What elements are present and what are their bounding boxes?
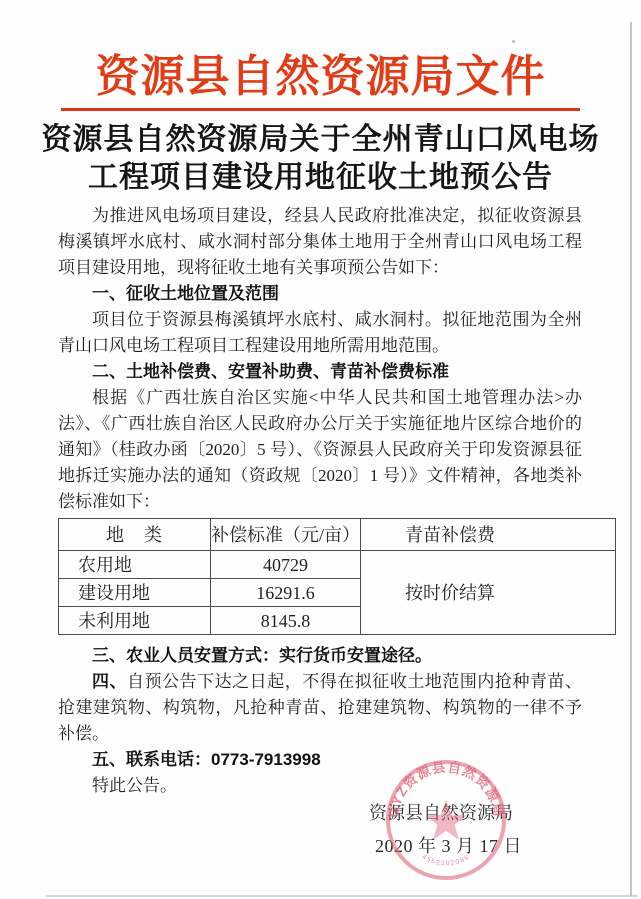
section5-heading: 五、联系电话：0773-7913998 bbox=[58, 747, 582, 773]
section3-heading: 三、农业人员安置方式：实行货币安置途径。 bbox=[58, 643, 582, 669]
scan-speck bbox=[512, 40, 515, 43]
table-cell-land-type: 未利用地 bbox=[59, 607, 211, 635]
notice-title-line1: 资源县自然资源局关于全州青山口风电场 bbox=[30, 121, 611, 159]
table-cell-standard: 16291.6 bbox=[211, 579, 361, 607]
signature-date: 2020 年 3 月 17 日 bbox=[369, 830, 522, 863]
section4-lead: 四、 bbox=[92, 672, 127, 691]
section1-paragraph: 项目位于资源县梅溪镇坪水底村、咸水洞村。拟征地范围为全州青山口风电场工程项目工程… bbox=[58, 307, 582, 359]
document-page: 资源县自然资源局文件 资源县自然资源局关于全州青山口风电场 工程项目建设用地征收… bbox=[0, 0, 641, 899]
table-header-seedling: 青苗补偿费 bbox=[361, 519, 616, 551]
section4-text: 自预公告下达之日起，不得在拟征收土地范围内抢种青苗、抢建建筑物、构筑物，凡抢种青… bbox=[58, 672, 582, 743]
notice-title-line2: 工程项目建设用地征收土地预公告 bbox=[30, 159, 611, 197]
compensation-table: 地 类 补偿标准（元/亩） 青苗补偿费 农用地 40729 按时价结算 建设用地… bbox=[58, 518, 616, 635]
table-header-row: 地 类 补偿标准（元/亩） 青苗补偿费 bbox=[59, 519, 616, 551]
table-row: 农用地 40729 按时价结算 bbox=[59, 551, 616, 579]
notice-body: 为推进风电场项目建设，经县人民政府批准决定，拟征收资源县梅溪镇坪水底村、咸水洞村… bbox=[58, 203, 582, 799]
section2-heading: 二、土地补偿费、安置补助费、青苗补偿费标准 bbox=[58, 359, 582, 385]
notice-title: 资源县自然资源局关于全州青山口风电场 工程项目建设用地征收土地预公告 bbox=[30, 121, 611, 197]
section4-paragraph: 四、自预公告下达之日起，不得在拟征收土地范围内抢种青苗、抢建建筑物、构筑物，凡抢… bbox=[58, 669, 582, 747]
table-cell-seedling-merged: 按时价结算 bbox=[361, 551, 616, 635]
table-cell-land-type: 农用地 bbox=[59, 551, 211, 579]
table-cell-land-type: 建设用地 bbox=[59, 579, 211, 607]
section1-heading: 一、征收土地位置及范围 bbox=[58, 281, 582, 307]
signature-org: 资源县自然资源局 bbox=[369, 797, 522, 830]
table-header-land-type: 地 类 bbox=[59, 519, 211, 551]
table-cell-standard: 8145.8 bbox=[211, 607, 361, 635]
scan-edge-right bbox=[630, 22, 632, 896]
table-header-standard: 补偿标准（元/亩） bbox=[211, 519, 361, 551]
signature-block: 资源县自然资源局 2020 年 3 月 17 日 bbox=[369, 797, 522, 863]
header-divider-rule bbox=[61, 108, 580, 111]
table-cell-standard: 40729 bbox=[211, 551, 361, 579]
scan-edge-bottom bbox=[46, 895, 638, 897]
section2-paragraph: 根据《广西壮族自治区实施<中华人民共和国土地管理办法>办法》、《广西壮族自治区人… bbox=[58, 385, 582, 515]
closing-phrase: 特此公告。 bbox=[58, 773, 582, 799]
intro-paragraph: 为推进风电场项目建设，经县人民政府批准决定，拟征收资源县梅溪镇坪水底村、咸水洞村… bbox=[58, 203, 582, 281]
document-header-title: 资源县自然资源局文件 bbox=[0, 40, 641, 104]
